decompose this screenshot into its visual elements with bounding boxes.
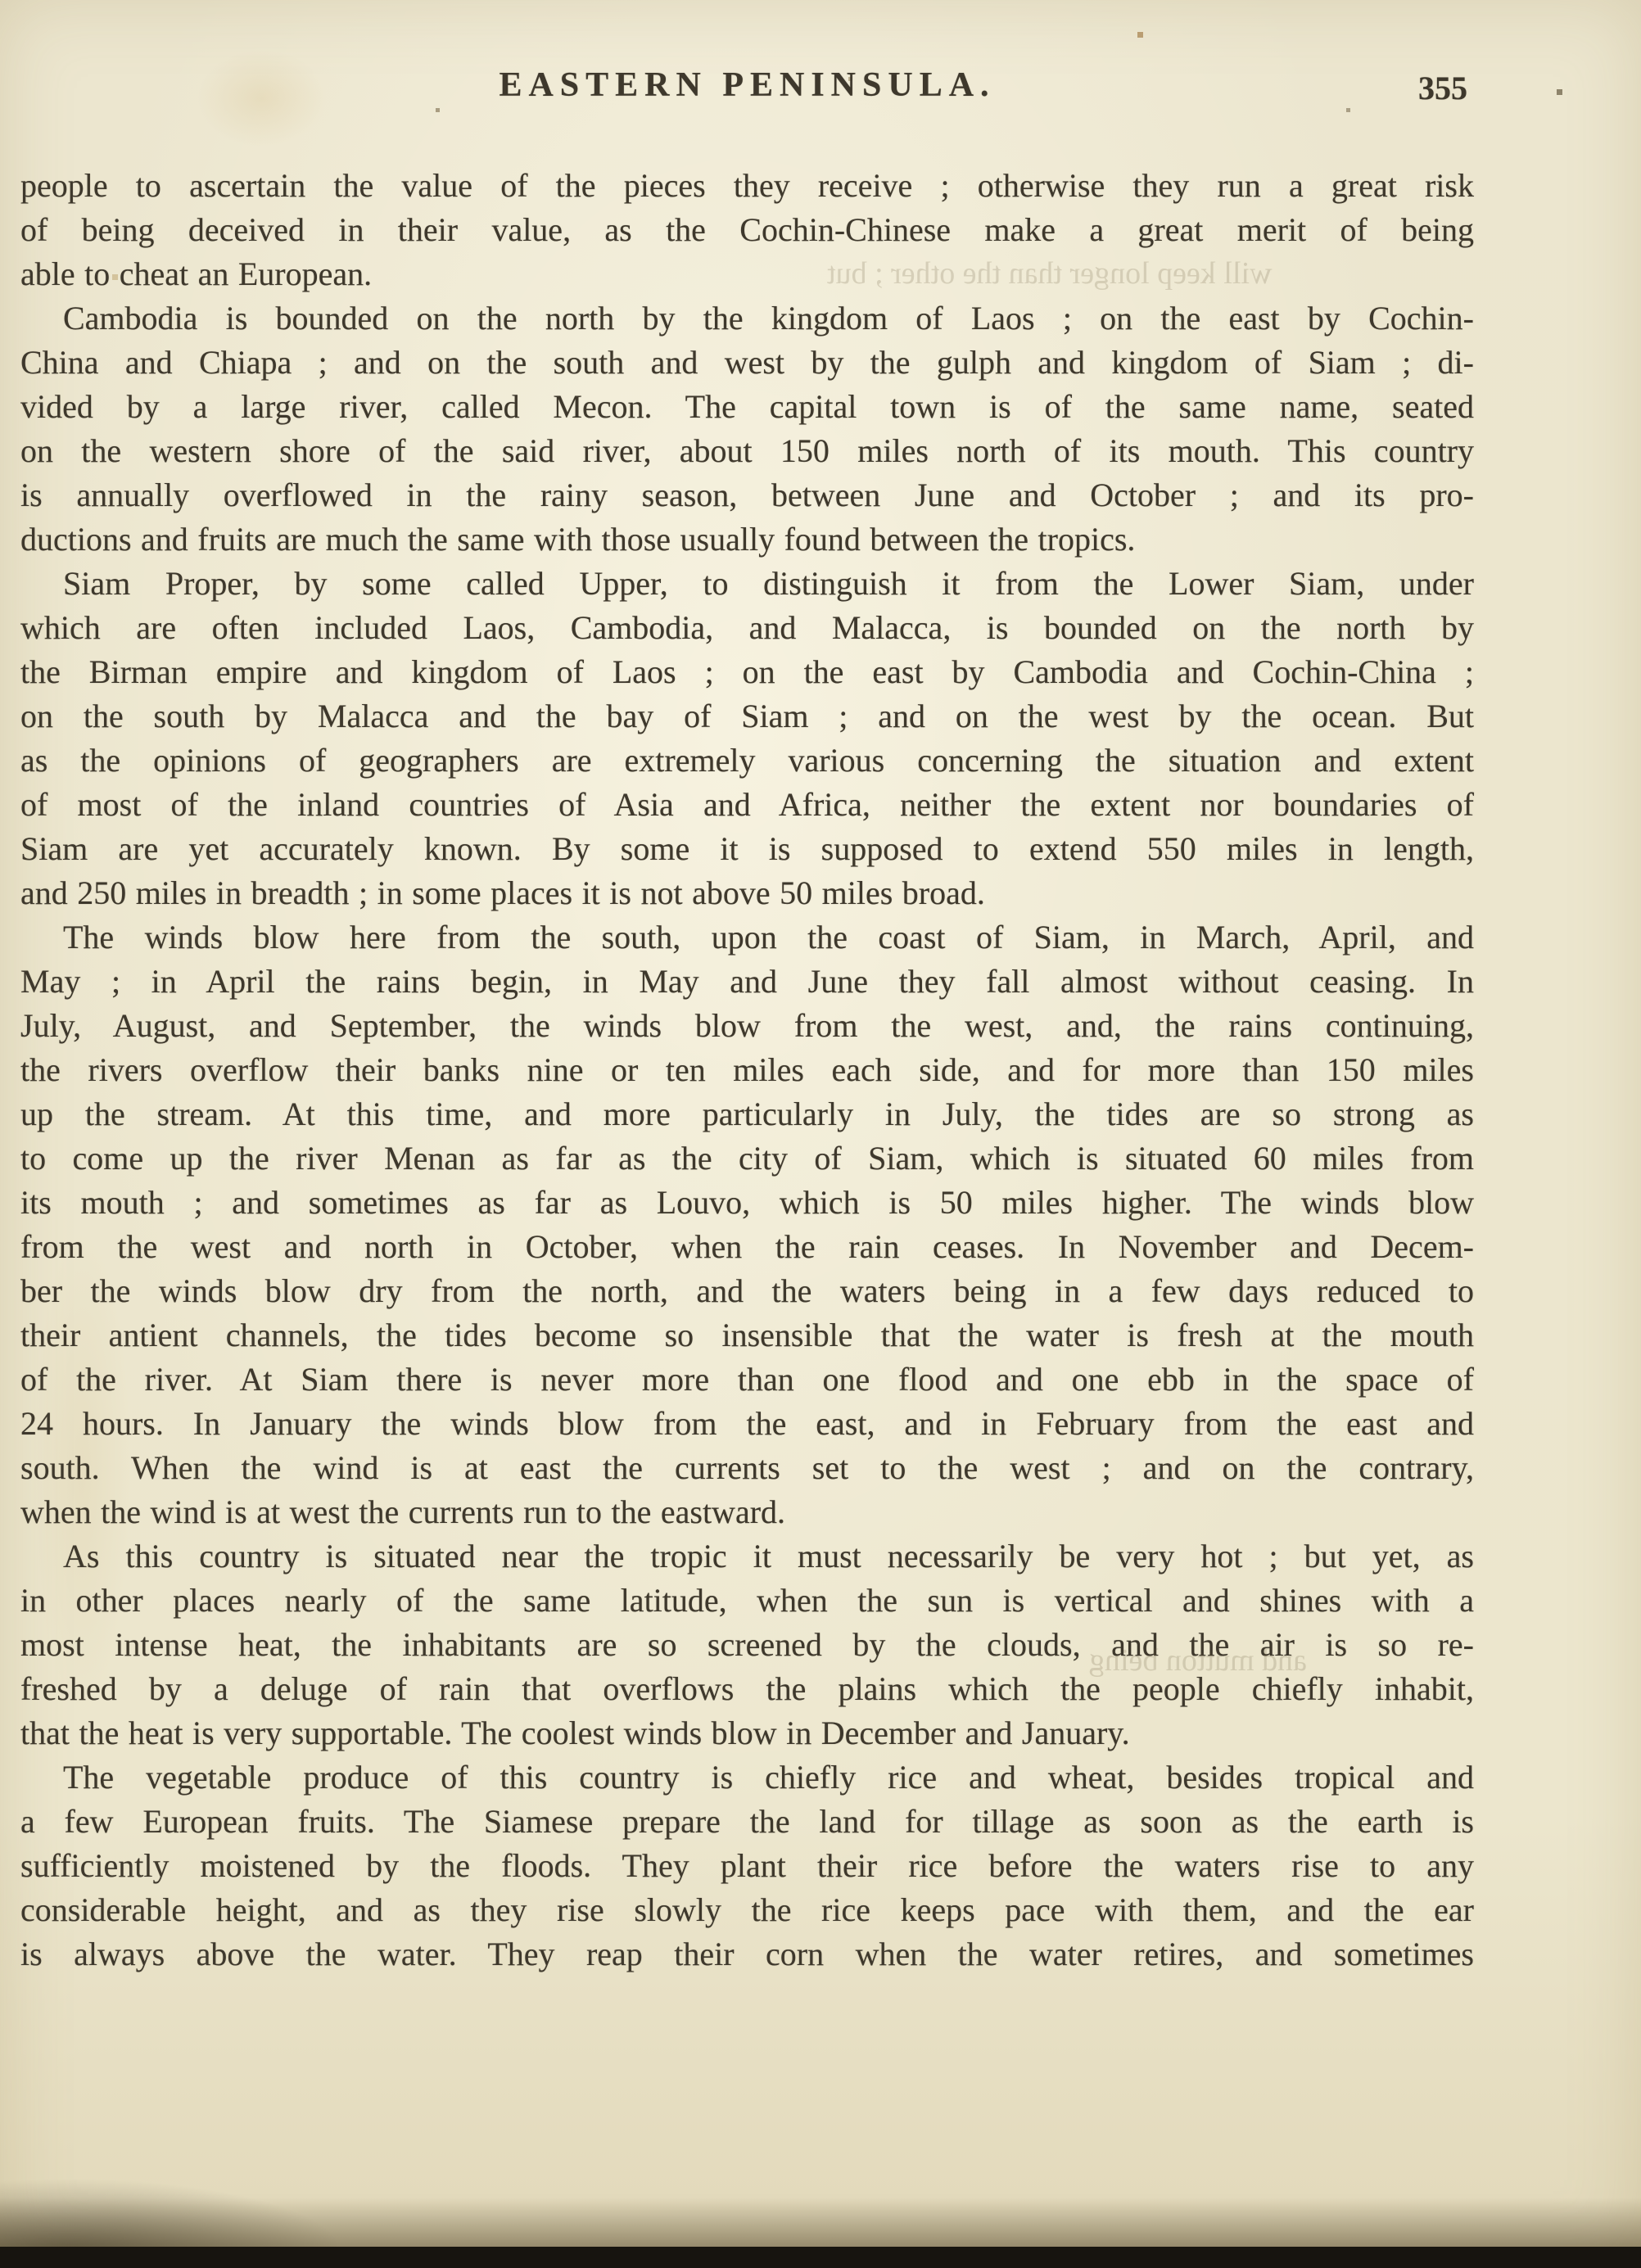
text-line: is always above the water. They reap the… (20, 1932, 1474, 1977)
text-line: is annually overflowed in the rainy seas… (20, 473, 1474, 517)
text-line: of the river. At Siam there is never mor… (20, 1358, 1474, 1402)
text-line: sufficiently moistened by the floods. Th… (20, 1844, 1474, 1888)
text-line: the Birman empire and kingdom of Laos ; … (20, 650, 1474, 694)
paragraph: people to ascertain the value of the pie… (20, 164, 1474, 296)
paper-specks (0, 0, 1, 1)
text-line: ber the winds blow dry from the north, a… (20, 1269, 1474, 1313)
text-line: 24 hours. In January the winds blow from… (20, 1402, 1474, 1446)
text-line: in other places nearly of the same latit… (20, 1579, 1474, 1623)
text-line: when the wind is at west the currents ru… (20, 1490, 1474, 1534)
paragraph: The vegetable produce of this country is… (20, 1755, 1474, 1977)
text-line: Siam are yet accurately known. By some i… (20, 827, 1474, 871)
text-line: to come up the river Menan as far as the… (20, 1136, 1474, 1181)
text-line: and 250 miles in breadth ; in some place… (20, 871, 1474, 915)
text-line: China and Chiapa ; and on the south and … (20, 341, 1474, 385)
text-line: of being deceived in their value, as the… (20, 208, 1474, 252)
page-corner-shadow (0, 2178, 344, 2252)
text-line: As this country is situated near the tro… (20, 1534, 1474, 1579)
paragraph: The winds blow here from the south, upon… (20, 915, 1474, 1534)
text-line: that the heat is very supportable. The c… (20, 1711, 1474, 1755)
running-title: EASTERN PENINSULA. (20, 66, 1474, 105)
book-page: EASTERN PENINSULA. 355 people to ascerta… (0, 0, 1641, 2268)
text-line: up the stream. At this time, and more pa… (20, 1092, 1474, 1136)
text-line: a few European fruits. The Siamese prepa… (20, 1800, 1474, 1844)
text-line: The vegetable produce of this country is… (20, 1755, 1474, 1800)
text-line: on the south by Malacca and the bay of S… (20, 694, 1474, 739)
text-line: able to cheat an European. (20, 252, 1474, 296)
text-line: of most of the inland countries of Asia … (20, 783, 1474, 827)
text-line: vided by a large river, called Mecon. Th… (20, 385, 1474, 429)
paragraph: As this country is situated near the tro… (20, 1534, 1474, 1755)
text-line: as the opinions of geographers are extre… (20, 739, 1474, 783)
text-line: ductions and fruits are much the same wi… (20, 517, 1474, 562)
text-line: its mouth ; and sometimes as far as Louv… (20, 1181, 1474, 1225)
text-line: freshed by a deluge of rain that overflo… (20, 1667, 1474, 1711)
text-line: their antient channels, the tides become… (20, 1313, 1474, 1358)
text-line: Siam Proper, by some called Upper, to di… (20, 562, 1474, 606)
text-line: considerable height, and as they rise sl… (20, 1888, 1474, 1932)
text-line: south. When the wind is at east the curr… (20, 1446, 1474, 1490)
text-line: from the west and north in October, when… (20, 1225, 1474, 1269)
page-body: people to ascertain the value of the pie… (20, 164, 1474, 1977)
page-header: EASTERN PENINSULA. 355 (20, 66, 1474, 115)
page-number: 355 (1418, 69, 1467, 107)
scan-edge-bar (0, 2247, 1641, 2268)
text-line: Cambodia is bounded on the north by the … (20, 296, 1474, 341)
text-line: The winds blow here from the south, upon… (20, 915, 1474, 960)
text-line: the rivers overflow their banks nine or … (20, 1048, 1474, 1092)
text-line: July, August, and September, the winds b… (20, 1004, 1474, 1048)
paragraph: Cambodia is bounded on the north by the … (20, 296, 1474, 562)
text-line: people to ascertain the value of the pie… (20, 164, 1474, 208)
text-line: May ; in April the rains begin, in May a… (20, 960, 1474, 1004)
text-line: most intense heat, the inhabitants are s… (20, 1623, 1474, 1667)
text-line: on the western shore of the said river, … (20, 429, 1474, 473)
paragraph: Siam Proper, by some called Upper, to di… (20, 562, 1474, 915)
text-line: which are often included Laos, Cambodia,… (20, 606, 1474, 650)
